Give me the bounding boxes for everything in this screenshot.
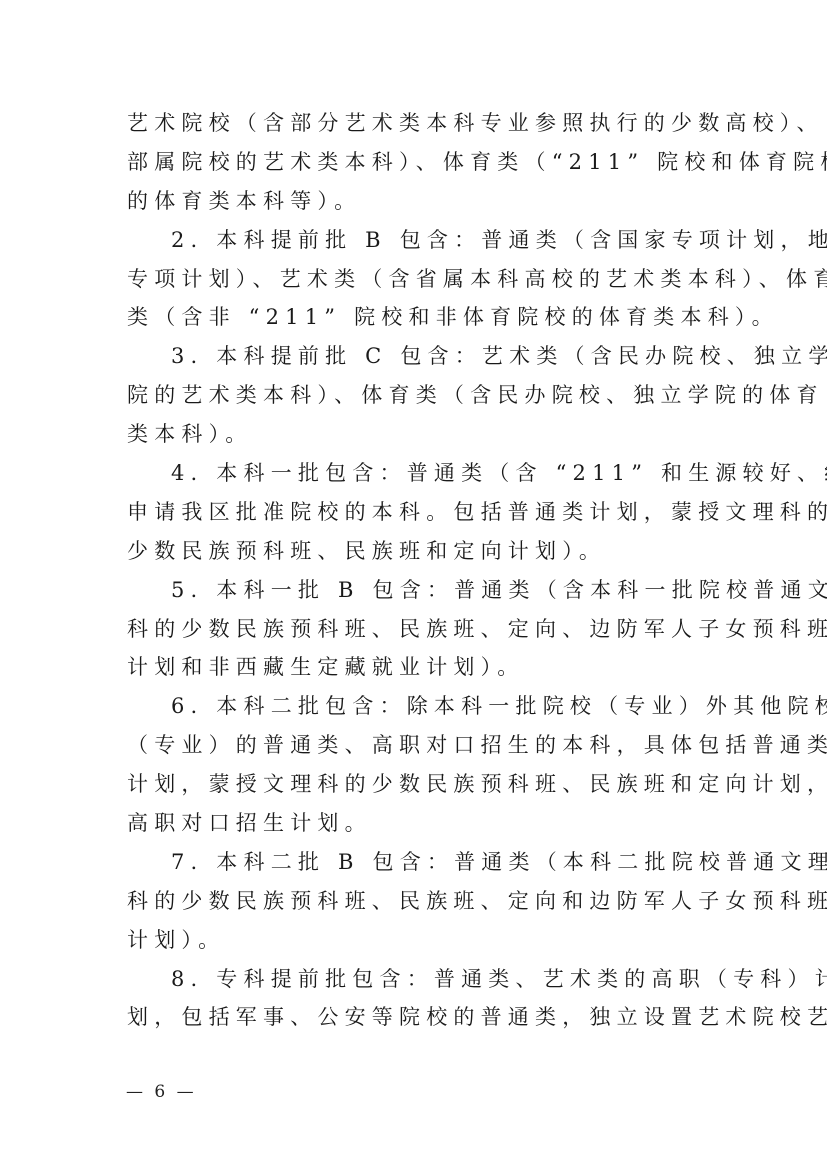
text-line: 7. 本科二批 B 包含：普通类（本科二批院校普通文理 bbox=[127, 843, 707, 882]
paragraph-7: 7. 本科二批 B 包含：普通类（本科二批院校普通文理 科的少数民族预科班、民族… bbox=[127, 843, 707, 960]
text-line: 申请我区批准院校的本科。包括普通类计划，蒙授文理科的 bbox=[127, 493, 707, 532]
text-line: 计划，蒙授文理科的少数民族预科班、民族班和定向计划， bbox=[127, 765, 707, 804]
paragraph-2: 2. 本科提前批 B 包含：普通类（含国家专项计划，地方 专项计划）、艺术类（含… bbox=[127, 221, 707, 338]
text-line: 6. 本科二批包含：除本科一批院校（专业）外其他院校 bbox=[127, 687, 707, 726]
text-line: 少数民族预科班、民族班和定向计划）。 bbox=[127, 532, 707, 571]
text-line: 类（含非 “211” 院校和非体育院校的体育类本科）。 bbox=[127, 298, 707, 337]
text-line: 科的少数民族预科班、民族班、定向、边防军人子女预科班 bbox=[127, 610, 707, 649]
paragraph-1-continued: 艺术院校（含部分艺术类本科专业参照执行的少数高校）、 部属院校的艺术类本科）、体… bbox=[127, 104, 707, 221]
paragraph-3: 3. 本科提前批 C 包含：艺术类（含民办院校、独立学 院的艺术类本科）、体育类… bbox=[127, 337, 707, 454]
text-line: 专项计划）、艺术类（含省属本科高校的艺术类本科）、体育 bbox=[127, 260, 707, 299]
text-line: 院的艺术类本科）、体育类（含民办院校、独立学院的体育 bbox=[127, 376, 707, 415]
text-line: 的体育类本科等）。 bbox=[127, 182, 707, 221]
text-line: 计划）。 bbox=[127, 921, 707, 960]
paragraph-4: 4. 本科一批包含：普通类（含 “211” 和生源较好、经 申请我区批准院校的本… bbox=[127, 454, 707, 571]
text-line: 4. 本科一批包含：普通类（含 “211” 和生源较好、经 bbox=[127, 454, 707, 493]
body-text: 艺术院校（含部分艺术类本科专业参照执行的少数高校）、 部属院校的艺术类本科）、体… bbox=[127, 104, 707, 1037]
text-line: 高职对口招生计划。 bbox=[127, 804, 707, 843]
paragraph-6: 6. 本科二批包含：除本科一批院校（专业）外其他院校 （专业）的普通类、高职对口… bbox=[127, 687, 707, 843]
text-line: 3. 本科提前批 C 包含：艺术类（含民办院校、独立学 bbox=[127, 337, 707, 376]
paragraph-5: 5. 本科一批 B 包含：普通类（含本科一批院校普通文理 科的少数民族预科班、民… bbox=[127, 571, 707, 688]
text-line: 艺术院校（含部分艺术类本科专业参照执行的少数高校）、 bbox=[127, 104, 707, 143]
text-line: 部属院校的艺术类本科）、体育类（“211” 院校和体育院校 bbox=[127, 143, 707, 182]
text-line: 科的少数民族预科班、民族班、定向和边防军人子女预科班 bbox=[127, 882, 707, 921]
page-number: — 6 — bbox=[126, 1082, 197, 1102]
document-page: 艺术院校（含部分艺术类本科专业参照执行的少数高校）、 部属院校的艺术类本科）、体… bbox=[0, 0, 827, 1170]
text-line: 2. 本科提前批 B 包含：普通类（含国家专项计划，地方 bbox=[127, 221, 707, 260]
paragraph-8: 8. 专科提前批包含：普通类、艺术类的高职（专科）计 划，包括军事、公安等院校的… bbox=[127, 960, 707, 1038]
text-line: 8. 专科提前批包含：普通类、艺术类的高职（专科）计 bbox=[127, 960, 707, 999]
text-line: （专业）的普通类、高职对口招生的本科，具体包括普通类 bbox=[127, 726, 707, 765]
text-line: 类本科）。 bbox=[127, 415, 707, 454]
text-line: 划，包括军事、公安等院校的普通类，独立设置艺术院校艺 bbox=[127, 998, 707, 1037]
text-line: 5. 本科一批 B 包含：普通类（含本科一批院校普通文理 bbox=[127, 571, 707, 610]
text-line: 计划和非西藏生定藏就业计划）。 bbox=[127, 648, 707, 687]
